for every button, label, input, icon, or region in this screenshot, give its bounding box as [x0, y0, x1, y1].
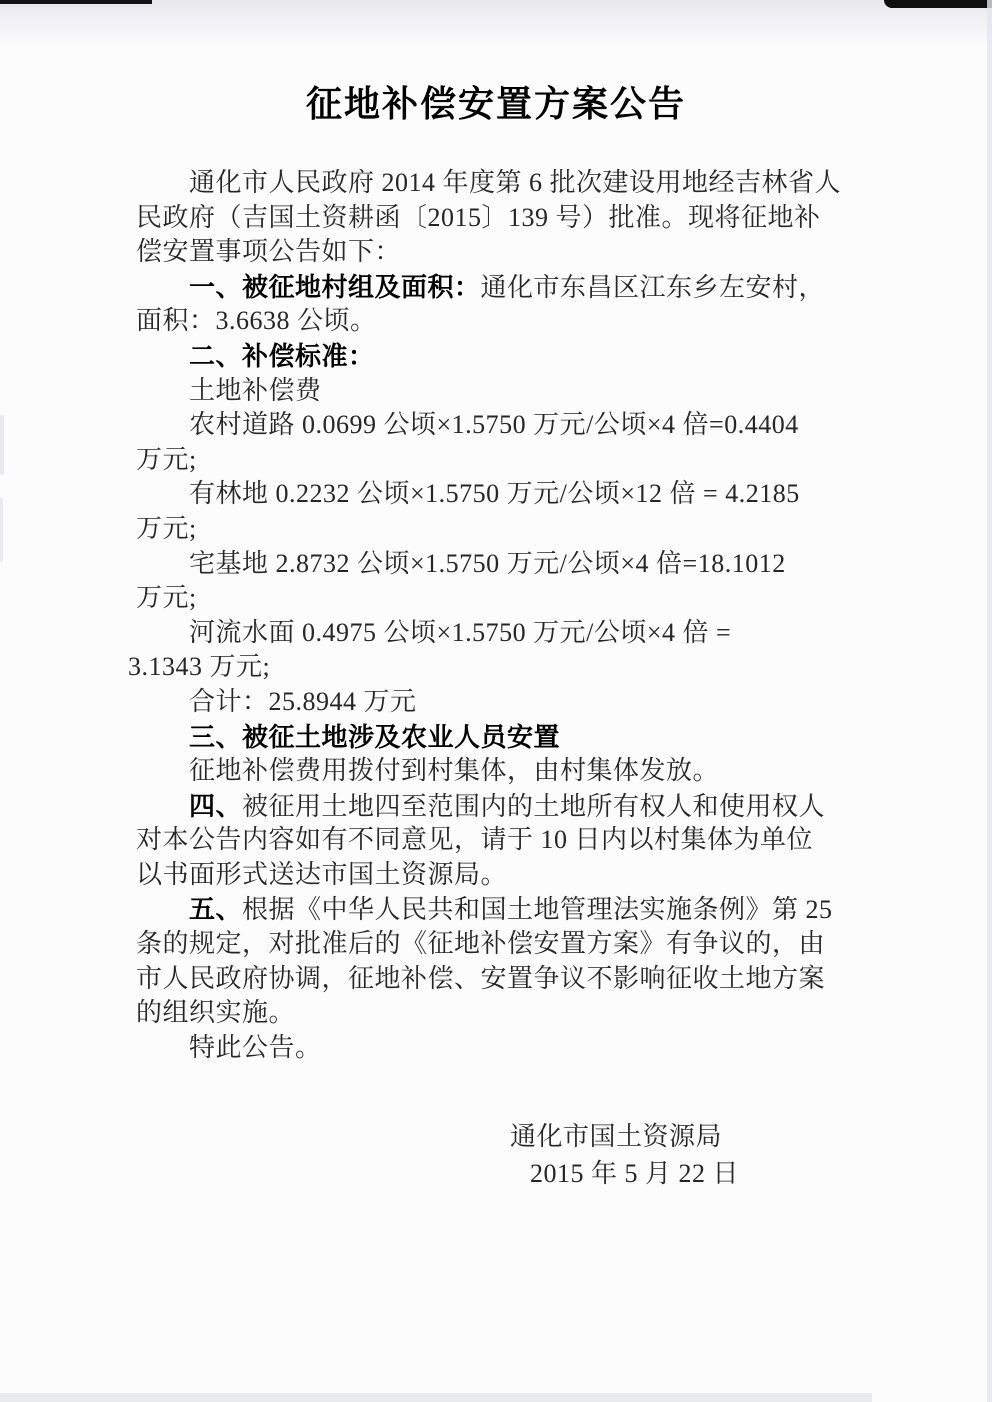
line-text: 万元;	[136, 445, 197, 474]
line-text: 宅基地 2.8732 公顷×1.5750 万元/公顷×4 倍=18.1012	[189, 549, 786, 578]
signature-org: 通化市国土资源局	[510, 1118, 876, 1155]
line-text: 以书面形式送达市国土资源局。	[136, 860, 507, 889]
text-line: 河流水面 0.4975 公顷×1.5750 万元/公顷×4 倍 =	[136, 616, 876, 651]
line-text: 民政府（吉国土资耕函〔2015〕139 号）批准。现将征地补	[136, 203, 821, 232]
scan-artifact-top-right	[884, 0, 992, 8]
section-heading: 二、补偿标准：	[189, 341, 375, 371]
line-text: 市人民政府协调，征地补偿、安置争议不影响征收土地方案	[136, 964, 825, 993]
line-text: 条的规定，对批准后的《征地补偿安置方案》有争议的，由	[136, 929, 825, 958]
signature-block: 通化市国土资源局 2015 年 5 月 22 日	[136, 1118, 876, 1192]
line-text: 万元;	[136, 583, 197, 612]
scan-page-edge-right	[987, 0, 992, 1402]
line-text: 农村道路 0.0699 公顷×1.5750 万元/公顷×4 倍=0.4404	[189, 410, 799, 439]
section-heading: 一、被征地村组及面积：	[189, 272, 481, 302]
text-line: 通化市人民政府 2014 年度第 6 批次建设用地经吉林省人	[136, 166, 876, 201]
line-text: 万元;	[136, 514, 197, 543]
text-line: 一、被征地村组及面积：通化市东昌区江东乡左安村，	[136, 270, 876, 305]
text-line: 合计：25.8944 万元	[136, 685, 876, 720]
signature-date: 2015 年 5 月 22 日	[510, 1155, 876, 1192]
text-line: 万元;	[136, 443, 876, 478]
section-heading: 四、	[189, 791, 242, 821]
text-line: 的组织实施。	[136, 996, 876, 1031]
text-line: 万元;	[136, 512, 876, 547]
line-text: 面积：3.6638 公顷。	[136, 306, 377, 335]
text-line: 四、被征用土地四至范围内的土地所有权人和使用权人	[136, 789, 876, 824]
line-text: 3.1343 万元;	[128, 652, 270, 681]
line-text: 合计：25.8944 万元	[189, 687, 417, 716]
text-line: 3.1343 万元;	[128, 650, 876, 685]
text-line: 特此公告。	[136, 1031, 876, 1066]
document-body: 通化市人民政府 2014 年度第 6 批次建设用地经吉林省人民政府（吉国土资耕函…	[136, 166, 876, 1192]
scan-artifact-bottom	[0, 1393, 872, 1402]
text-line: 征地补偿费用拨付到村集体，由村集体发放。	[136, 754, 876, 789]
text-line: 有林地 0.2232 公顷×1.5750 万元/公顷×12 倍 = 4.2185	[136, 477, 876, 512]
line-text: 有林地 0.2232 公顷×1.5750 万元/公顷×12 倍 = 4.2185	[189, 479, 800, 508]
page-title: 征地补偿安置方案公告	[0, 76, 992, 127]
line-text: 通化市东昌区江东乡左安村，	[481, 273, 826, 302]
line-text: 的组织实施。	[136, 998, 295, 1027]
text-line: 市人民政府协调，征地补偿、安置争议不影响征收土地方案	[136, 962, 876, 997]
line-text: 河流水面 0.4975 公顷×1.5750 万元/公顷×4 倍 =	[189, 618, 731, 647]
line-text: 土地补偿费	[189, 376, 322, 405]
line-text: 根据《中华人民共和国土地管理法实施条例》第 25	[242, 895, 833, 924]
scan-smudge-left	[0, 415, 4, 475]
text-line: 五、根据《中华人民共和国土地管理法实施条例》第 25	[136, 892, 876, 927]
text-line: 以书面形式送达市国土资源局。	[136, 858, 876, 893]
scan-artifact-top-left	[0, 0, 152, 4]
text-line: 偿安置事项公告如下：	[136, 235, 876, 270]
text-line: 农村道路 0.0699 公顷×1.5750 万元/公顷×4 倍=0.4404	[136, 408, 876, 443]
section-heading: 三、被征土地涉及农业人员安置	[189, 722, 560, 752]
line-text: 征地补偿费用拨付到村集体，由村集体发放。	[189, 756, 719, 785]
text-line: 三、被征土地涉及农业人员安置	[136, 720, 876, 755]
line-text: 偿安置事项公告如下：	[136, 237, 401, 266]
text-line: 土地补偿费	[136, 374, 876, 409]
scanned-document-page: 征地补偿安置方案公告 通化市人民政府 2014 年度第 6 批次建设用地经吉林省…	[0, 0, 992, 1402]
text-line: 民政府（吉国土资耕函〔2015〕139 号）批准。现将征地补	[136, 201, 876, 236]
scan-shading-top	[0, 0, 992, 48]
line-text: 被征用土地四至范围内的土地所有权人和使用权人	[242, 792, 825, 821]
text-line: 二、补偿标准：	[136, 339, 876, 374]
line-text: 通化市人民政府 2014 年度第 6 批次建设用地经吉林省人	[189, 168, 841, 197]
text-line: 对本公告内容如有不同意见，请于 10 日内以村集体为单位	[136, 823, 876, 858]
line-text: 对本公告内容如有不同意见，请于 10 日内以村集体为单位	[136, 825, 813, 854]
text-line: 面积：3.6638 公顷。	[136, 304, 876, 339]
scan-smudge-left	[0, 498, 3, 562]
text-line: 宅基地 2.8732 公顷×1.5750 万元/公顷×4 倍=18.1012	[136, 547, 876, 582]
text-line: 万元;	[136, 581, 876, 616]
line-text: 特此公告。	[189, 1033, 322, 1062]
text-line: 条的规定，对批准后的《征地补偿安置方案》有争议的，由	[136, 927, 876, 962]
section-heading: 五、	[189, 894, 242, 924]
